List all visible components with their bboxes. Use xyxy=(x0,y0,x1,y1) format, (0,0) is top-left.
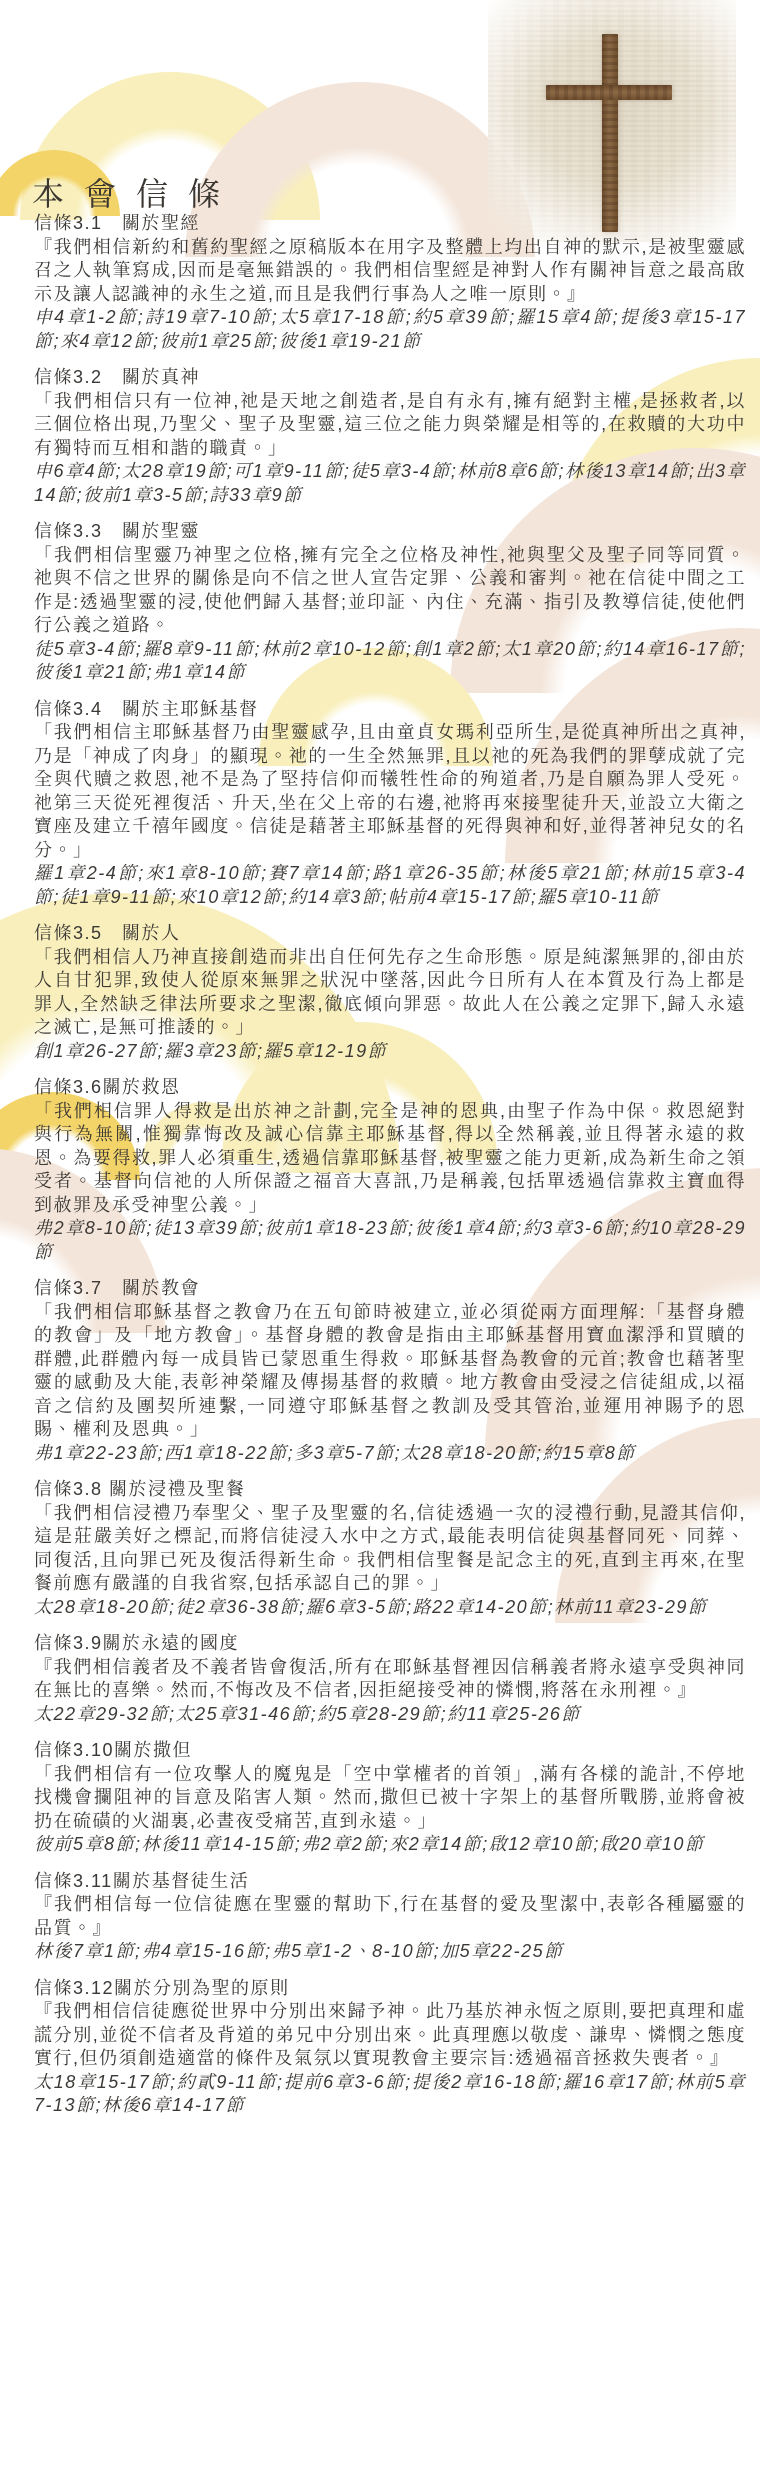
section-references: 創1章26-27節;羅3章23節;羅5章12-19節 xyxy=(34,1040,746,1064)
section-body: 「我們相信耶穌基督之教會乃在五旬節時被建立,並必須從兩方面理解:「基督身體的教會… xyxy=(34,1301,746,1442)
creed-section-3-12: 信條3.12關於分別為聖的原則 『我們相信信徒應從世界中分別出來歸予神。此乃基於… xyxy=(34,1977,746,2118)
section-references: 太18章15-17節;約貳9-11節;提前6章3-6節;提後2章16-18節;羅… xyxy=(34,2071,746,2118)
section-references: 申4章1-2節;詩19章7-10節;太5章17-18節;約5章39節;羅15章4… xyxy=(34,306,746,353)
creed-sections: 信條3.1 關於聖經 『我們相信新約和舊約聖經之原稿版本在用字及整體上均出自神的… xyxy=(34,212,746,2131)
section-body: 『我們相信每一位信徒應在聖靈的幫助下,行在基督的愛及聖潔中,表彰各種屬靈的品質。… xyxy=(34,1893,746,1940)
section-body: 「我們相信罪人得救是出於神之計劃,完全是神的恩典,由聖子作為中保。救恩絕對與行為… xyxy=(34,1100,746,1218)
section-heading: 信條3.11關於基督徒生活 xyxy=(34,1870,746,1894)
creed-section-3-6: 信條3.6關於救恩 「我們相信罪人得救是出於神之計劃,完全是神的恩典,由聖子作為… xyxy=(34,1076,746,1264)
section-heading: 信條3.7 關於教會 xyxy=(34,1277,746,1301)
section-body: 『我們相信信徒應從世界中分別出來歸予神。此乃基於神永恆之原則,要把真理和虛謊分別… xyxy=(34,2000,746,2071)
section-references: 弗1章22-23節;西1章18-22節;多3章5-7節;太28章18-20節;約… xyxy=(34,1442,746,1466)
section-heading: 信條3.10關於撒但 xyxy=(34,1739,746,1763)
section-heading: 信條3.12關於分別為聖的原則 xyxy=(34,1977,746,2001)
section-body: 『我們相信義者及不義者皆會復活,所有在耶穌基督裡因信稱義者將永遠享受與神同在無比… xyxy=(34,1656,746,1703)
section-body: 「我們相信只有一位神,祂是天地之創造者,是自有永有,擁有絕對主權,是拯救者,以三… xyxy=(34,390,746,461)
section-references: 羅1章2-4節;來1章8-10節;賽7章14節;路1章26-35節;林後5章21… xyxy=(34,862,746,909)
section-heading: 信條3.1 關於聖經 xyxy=(34,212,746,236)
section-body: 「我們相信主耶穌基督乃由聖靈感孕,且由童貞女瑪利亞所生,是從真神所出之真神,乃是… xyxy=(34,721,746,862)
creed-section-3-7: 信條3.7 關於教會 「我們相信耶穌基督之教會乃在五旬節時被建立,並必須從兩方面… xyxy=(34,1277,746,1465)
section-heading: 信條3.3 關於聖靈 xyxy=(34,520,746,544)
section-body: 「我們相信有一位攻擊人的魔鬼是「空中掌權者的首領」,滿有各樣的詭計,不停地找機會… xyxy=(34,1763,746,1834)
creed-section-3-11: 信條3.11關於基督徒生活 『我們相信每一位信徒應在聖靈的幫助下,行在基督的愛及… xyxy=(34,1870,746,1964)
section-heading: 信條3.2 關於真神 xyxy=(34,366,746,390)
cross-icon xyxy=(546,85,672,100)
cross-icon xyxy=(602,34,618,232)
section-body: 『我們相信新約和舊約聖經之原稿版本在用字及整體上均出自神的默示,是被聖靈感召之人… xyxy=(34,236,746,307)
creed-page: { "page": { "title": "本會信條" }, "theme": … xyxy=(0,0,760,2471)
section-heading: 信條3.5 關於人 xyxy=(34,922,746,946)
section-heading: 信條3.8 關於浸禮及聖餐 xyxy=(34,1478,746,1502)
section-references: 太22章29-32節;太25章31-46節;約5章28-29節;約11章25-2… xyxy=(34,1703,746,1727)
section-references: 彼前5章8節;林後11章14-15節;弗2章2節;來2章14節;啟12章10節;… xyxy=(34,1833,746,1857)
section-heading: 信條3.9關於永遠的國度 xyxy=(34,1632,746,1656)
creed-section-3-10: 信條3.10關於撒但 「我們相信有一位攻擊人的魔鬼是「空中掌權者的首領」,滿有各… xyxy=(34,1739,746,1857)
creed-section-3-1: 信條3.1 關於聖經 『我們相信新約和舊約聖經之原稿版本在用字及整體上均出自神的… xyxy=(34,212,746,353)
section-body: 「我們相信浸禮乃奉聖父、聖子及聖靈的名,信徒透過一次的浸禮行動,見證其信仰,這是… xyxy=(34,1502,746,1596)
cross-photo xyxy=(488,0,736,242)
creed-section-3-3: 信條3.3 關於聖靈 「我們相信聖靈乃神聖之位格,擁有完全之位格及神性,祂與聖父… xyxy=(34,520,746,685)
section-references: 徒5章3-4節;羅8章9-11節;林前2章10-12節;創1章2節;太1章20節… xyxy=(34,638,746,685)
creed-section-3-5: 信條3.5 關於人 「我們相信人乃神直接創造而非出自任何先存之生命形態。原是純潔… xyxy=(34,922,746,1063)
section-body: 「我們相信聖靈乃神聖之位格,擁有完全之位格及神性,祂與聖父及聖子同等同質。祂與不… xyxy=(34,544,746,638)
creed-section-3-8: 信條3.8 關於浸禮及聖餐 「我們相信浸禮乃奉聖父、聖子及聖靈的名,信徒透過一次… xyxy=(34,1478,746,1619)
section-body: 「我們相信人乃神直接創造而非出自任何先存之生命形態。原是純潔無罪的,卻由於人自甘… xyxy=(34,946,746,1040)
section-references: 申6章4節;太28章19節;可1章9-11節;徒5章3-4節;林前8章6節;林後… xyxy=(34,460,746,507)
page-title: 本會信條 xyxy=(32,169,240,215)
section-references: 林後7章1節;弗4章15-16節;弗5章1-2、8-10節;加5章22-25節 xyxy=(34,1940,746,1964)
section-heading: 信條3.6關於救恩 xyxy=(34,1076,746,1100)
section-references: 太28章18-20節;徒2章36-38節;羅6章3-5節;路22章14-20節;… xyxy=(34,1596,746,1620)
creed-section-3-2: 信條3.2 關於真神 「我們相信只有一位神,祂是天地之創造者,是自有永有,擁有絕… xyxy=(34,366,746,507)
section-references: 弗2章8-10節;徒13章39節;彼前1章18-23節;彼後1章4節;約3章3-… xyxy=(34,1217,746,1264)
creed-section-3-9: 信條3.9關於永遠的國度 『我們相信義者及不義者皆會復活,所有在耶穌基督裡因信稱… xyxy=(34,1632,746,1726)
section-heading: 信條3.4 關於主耶穌基督 xyxy=(34,698,746,722)
creed-section-3-4: 信條3.4 關於主耶穌基督 「我們相信主耶穌基督乃由聖靈感孕,且由童貞女瑪利亞所… xyxy=(34,698,746,910)
